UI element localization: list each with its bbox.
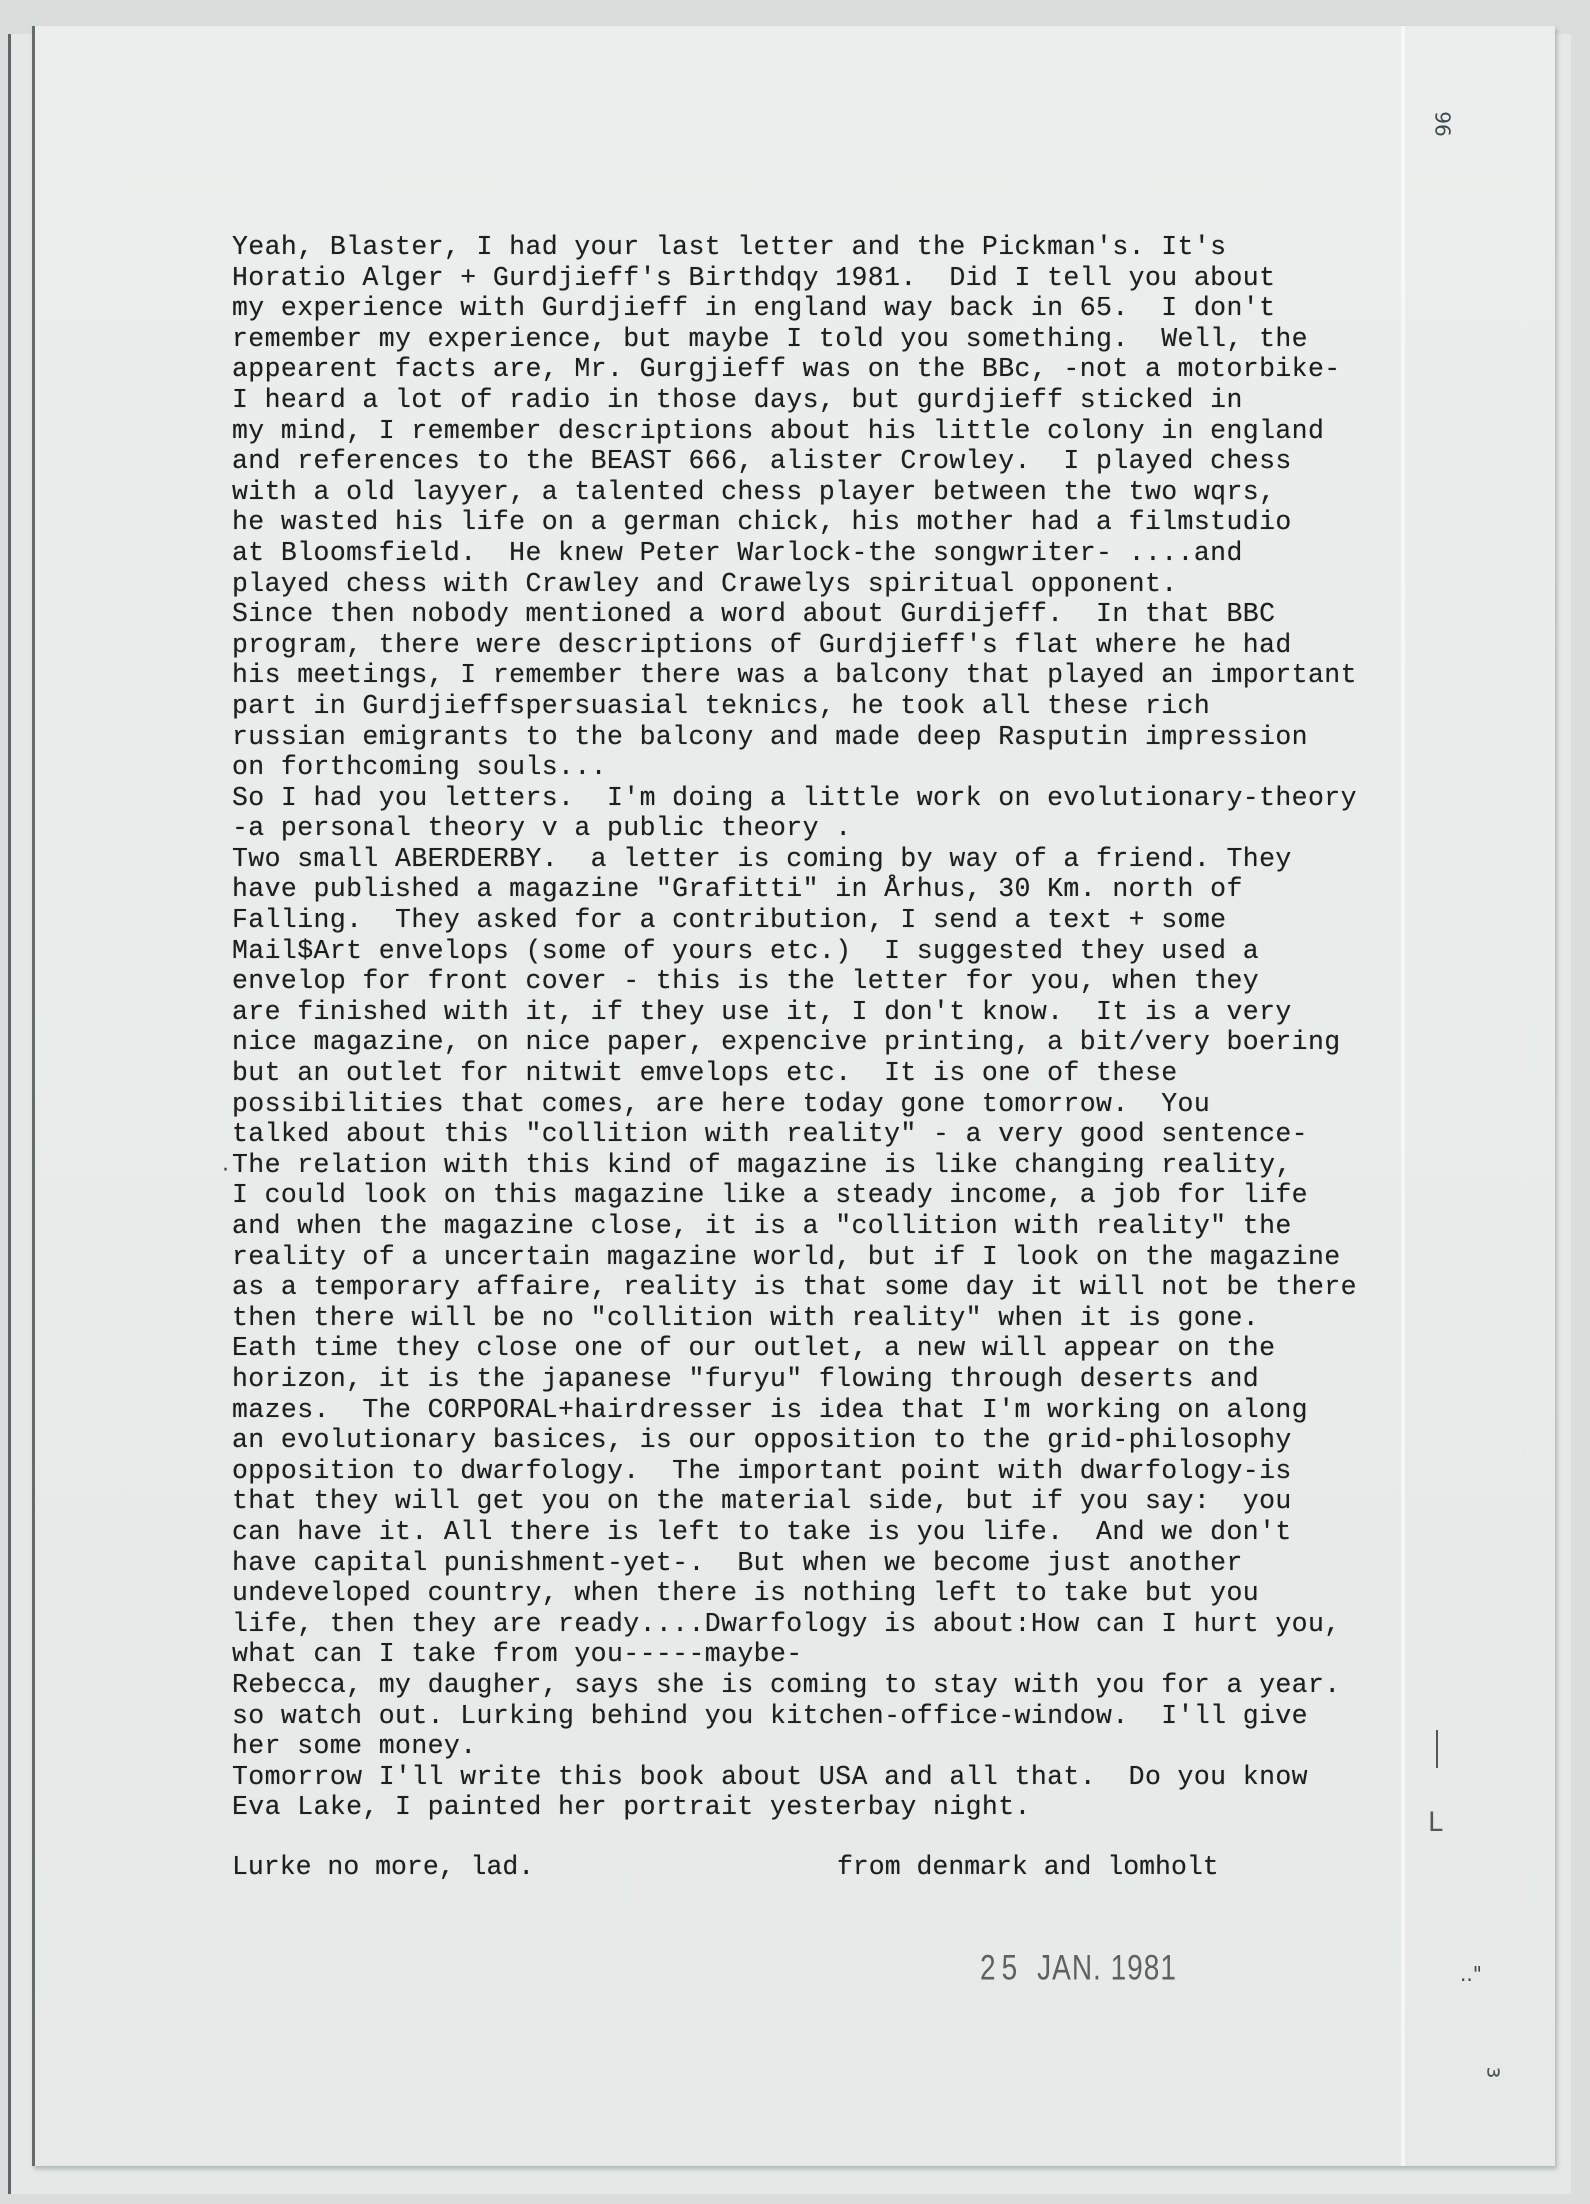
letter-line: undeveloped country, when there is nothi… <box>232 1578 1562 1609</box>
signoff-text: Lurke no more, lad. <box>232 1852 534 1882</box>
letter-line: that they will get you on the material s… <box>232 1486 1562 1517</box>
letter-line: russian emigrants to the balcony and mad… <box>232 722 1562 753</box>
letter-line: possibilities that comes, are here today… <box>232 1089 1562 1120</box>
letter-line: program, there were descriptions of Gurd… <box>232 630 1562 661</box>
letter-line: Two small ABERDERBY. a letter is coming … <box>232 844 1562 875</box>
letter-line: so watch out. Lurking behind you kitchen… <box>232 1701 1562 1732</box>
date-stamp-month-year: JAN. 1981 <box>1037 1948 1177 1987</box>
letter-line: appearent facts are, Mr. Gurgjieff was o… <box>232 354 1562 385</box>
letter-line: have capital punishment-yet-. But when w… <box>232 1548 1562 1579</box>
signature-text: from denmark and lomholt <box>837 1852 1219 1882</box>
letter-line: then there will be no "collition with re… <box>232 1303 1562 1334</box>
date-stamp: 25JAN. 1981 <box>980 1948 1177 1988</box>
letter-line: Since then nobody mentioned a word about… <box>232 599 1562 630</box>
letter-line: remember my experience, but maybe I told… <box>232 324 1562 355</box>
pen-check-mark: ᒪ <box>1428 1808 1443 1838</box>
letter-line: nice magazine, on nice paper, expencive … <box>232 1027 1562 1058</box>
letter-line: can have it. All there is left to take i… <box>232 1517 1562 1548</box>
letter-line: but an outlet for nitwit emvelops etc. I… <box>232 1058 1562 1089</box>
letter-line: what can I take from you-----maybe- <box>232 1639 1562 1670</box>
letter-line: and references to the BEAST 666, alister… <box>232 446 1562 477</box>
letter-line: his meetings, I remember there was a bal… <box>232 660 1562 691</box>
letter-line: on forthcoming souls... <box>232 752 1562 783</box>
letter-line: I could look on this magazine like a ste… <box>232 1180 1562 1211</box>
letter-line: talked about this "collition with realit… <box>232 1119 1562 1150</box>
letter-line: opposition to dwarfology. The important … <box>232 1456 1562 1487</box>
margin-dot-mark: · <box>222 1158 229 1183</box>
letter-line: at Bloomsfield. He knew Peter Warlock-th… <box>232 538 1562 569</box>
letter-line: Yeah, Blaster, I had your last letter an… <box>232 232 1562 263</box>
letter-line: Horatio Alger + Gurdjieff's Birthdqy 198… <box>232 263 1562 294</box>
letter-line: an evolutionary basices, is our oppositi… <box>232 1425 1562 1456</box>
letter-line: The relation with this kind of magazine … <box>232 1150 1562 1181</box>
letter-line: So I had you letters. I'm doing a little… <box>232 783 1562 814</box>
letter-line: Mail$Art envelops (some of yours etc.) I… <box>232 936 1562 967</box>
letter-line: mazes. The CORPORAL+hairdresser is idea … <box>232 1395 1562 1426</box>
letter-line: my experience with Gurdjieff in england … <box>232 293 1562 324</box>
letter-line: with a old layyer, a talented chess play… <box>232 477 1562 508</box>
letter-line: I heard a lot of radio in those days, bu… <box>232 385 1562 416</box>
letter-line: envelop for front cover - this is the le… <box>232 966 1562 997</box>
pen-stroke-mark <box>1436 1730 1438 1768</box>
letter-body: Yeah, Blaster, I had your last letter an… <box>232 232 1562 1823</box>
letter-line: he wasted his life on a german chick, hi… <box>232 507 1562 538</box>
letter-line: my mind, I remember descriptions about h… <box>232 416 1562 447</box>
letter-line: -a personal theory v a public theory . <box>232 813 1562 844</box>
letter-line: her some money. <box>232 1731 1562 1762</box>
letter-line: have published a magazine "Grafitti" in … <box>232 874 1562 905</box>
stamp-trailing-marks: .." <box>1460 1962 1482 1986</box>
letter-line: Tomorrow I'll write this book about USA … <box>232 1762 1562 1793</box>
letter-line: Falling. They asked for a contribution, … <box>232 905 1562 936</box>
letter-line: Rebecca, my daugher, says she is coming … <box>232 1670 1562 1701</box>
letter-line: Eath time they close one of our outlet, … <box>232 1333 1562 1364</box>
letter-line: life, then they are ready....Dwarfology … <box>232 1609 1562 1640</box>
letter-line: played chess with Crawley and Crawelys s… <box>232 569 1562 600</box>
letter-line: Eva Lake, I painted her portrait yesterb… <box>232 1792 1562 1823</box>
letter-line: reality of a uncertain magazine world, b… <box>232 1242 1562 1273</box>
page-number-annotation: 96 <box>1430 111 1454 136</box>
bottom-right-pen-mark: ɜ <box>1481 2067 1506 2079</box>
letter-line: horizon, it is the japanese "furyu" flow… <box>232 1364 1562 1395</box>
letter-line: and when the magazine close, it is a "co… <box>232 1211 1562 1242</box>
letter-line: are finished with it, if they use it, I … <box>232 997 1562 1028</box>
date-stamp-day: 25 <box>980 1948 1023 1987</box>
letter-line: as a temporary affaire, reality is that … <box>232 1272 1562 1303</box>
letter-line: part in Gurdjieffspersuasial teknics, he… <box>232 691 1562 722</box>
